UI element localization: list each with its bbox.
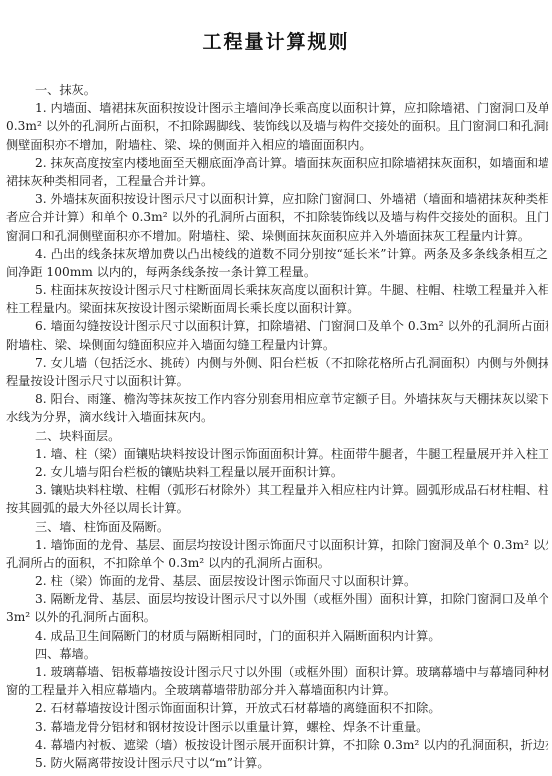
text-line: 裙抹灰种类相同者，工程量合并计算。 xyxy=(6,172,548,190)
text-line: 孔洞所占的面积，不扣除单个 0.3m² 以内的孔洞所占面积。 xyxy=(6,554,548,572)
text-line: 者应合并计算）和单个 0.3m² 以外的孔洞所占面积，不扣除装饰线以及墙与构件交… xyxy=(6,208,548,226)
text-line: 5. 柱面抹灰按设计图示尺寸柱断面周长乘抹灰高度以面积计算。牛腿、柱帽、柱墩工程… xyxy=(6,281,548,299)
text-line: 侧壁面积亦不增加，附墙柱、梁、垛的侧面并入相应的墙面面积内。 xyxy=(6,136,548,154)
text-line: 1. 墙饰面的龙骨、基层、面层均按设计图示饰面尺寸以面积计算，扣除门窗洞及单个 … xyxy=(6,536,548,554)
section-heading: 二、块料面层。 xyxy=(6,427,548,445)
document-body: 一、抹灰。 1. 内墙面、墙裙抹灰面积按设计图示主墙间净长乘高度以面积计算，应扣… xyxy=(6,81,548,772)
text-line: 4. 成品卫生间隔断门的材质与隔断相同时，门的面积并入隔断面积内计算。 xyxy=(6,627,548,645)
text-line: 7. 女儿墙（包括泛水、挑砖）内侧与外侧、阳台栏板（不扣除花格所占孔洞面积）内侧… xyxy=(6,354,548,372)
text-line: 1. 玻璃幕墙、铝板幕墙按设计图示尺寸以外围（或框外围）面积计算。玻璃幕墙中与幕… xyxy=(6,663,548,681)
text-line: 按其圆弧的最大外径以周长计算。 xyxy=(6,499,548,517)
text-line: 窗洞口和孔洞侧壁面积亦不增加。附墙柱、梁、垛侧面抹灰面积应并入外墙面抹灰工程量内… xyxy=(6,227,548,245)
text-line: 0.3m² 以外的孔洞所占面积，不扣除踢脚线、装饰线以及墙与构件交接处的面积。且… xyxy=(6,117,548,135)
text-line: 6. 墙面勾缝按设计图示尺寸以面积计算，扣除墙裙、门窗洞口及单个 0.3m² 以… xyxy=(6,317,548,335)
text-line: 4. 凸出的线条抹灰增加费以凸出棱线的道数不同分别按“延长米”计算。两条及多条线… xyxy=(6,245,548,263)
text-line: 2. 抹灰高度按室内楼地面至天棚底面净高计算。墙面抹灰面积应扣除墙裙抹灰面积，如… xyxy=(6,154,548,172)
text-line: 柱工程量内。梁面抹灰按设计图示梁断面周长乘长度以面积计算。 xyxy=(6,299,548,317)
text-line: 3. 镶贴块料柱墩、柱帽（弧形石材除外）其工程量并入相应柱内计算。圆弧形成品石材… xyxy=(6,481,548,499)
text-line: 8. 阳台、雨篷、檐沟等抹灰按工作内容分别套用相应章节定额子目。外墙抹灰与天棚抹… xyxy=(6,390,548,408)
section-heading: 三、墙、柱饰面及隔断。 xyxy=(6,518,548,536)
text-line: 3. 隔断龙骨、基层、面层均按设计图示尺寸以外围（或框外围）面积计算，扣除门窗洞… xyxy=(6,590,548,608)
text-line: 3. 外墙抹灰面积按设计图示尺寸以面积计算，应扣除门窗洞口、外墙裙（墙面和墙裙抹… xyxy=(6,190,548,208)
text-line: 2. 柱（梁）饰面的龙骨、基层、面层按设计图示饰面尺寸以面积计算。 xyxy=(6,572,548,590)
text-line: 间净距 100mm 以内的，每两条线条按一条计算工程量。 xyxy=(6,263,548,281)
text-line: 1. 墙、柱（梁）面镶贴块料按设计图示饰面面积计算。柱面带牛腿者，牛腿工程量展开… xyxy=(6,445,548,463)
text-line: 2. 女儿墙与阳台栏板的镶贴块料工程量以展开面积计算。 xyxy=(6,463,548,481)
text-line: 水线为分界，滴水线计入墙面抹灰内。 xyxy=(6,408,548,426)
text-line: 4. 幕墙内衬板、遮梁（墙）板按设计图示展开面积计算，不扣除 0.3m² 以内的… xyxy=(6,736,548,754)
text-line: 窗的工程量并入相应幕墙内。全玻璃幕墙带肋部分并入幕墙面积内计算。 xyxy=(6,681,548,699)
section-heading: 一、抹灰。 xyxy=(6,81,548,99)
section-heading: 四、幕墙。 xyxy=(6,645,548,663)
text-line: 程量按设计图示尺寸以面积计算。 xyxy=(6,372,548,390)
text-line: 2. 石材幕墙按设计图示饰面面积计算，开放式石材幕墙的离缝面积不扣除。 xyxy=(6,699,548,717)
text-line: 5. 防火隔离带按设计图示尺寸以“m”计算。 xyxy=(6,754,548,772)
text-line: 3m² 以外的孔洞所占面积。 xyxy=(6,608,548,626)
page-title: 工程量计算规则 xyxy=(0,30,552,54)
text-line: 1. 内墙面、墙裙抹灰面积按设计图示主墙间净长乘高度以面积计算，应扣除墙裙、门窗… xyxy=(6,99,548,117)
text-line: 3. 幕墙龙骨分铝材和钢材按设计图示以重量计算，螺栓、焊条不计重量。 xyxy=(6,718,548,736)
text-line: 附墙柱、梁、垛侧面勾缝面积应并入墙面勾缝工程量内计算。 xyxy=(6,336,548,354)
